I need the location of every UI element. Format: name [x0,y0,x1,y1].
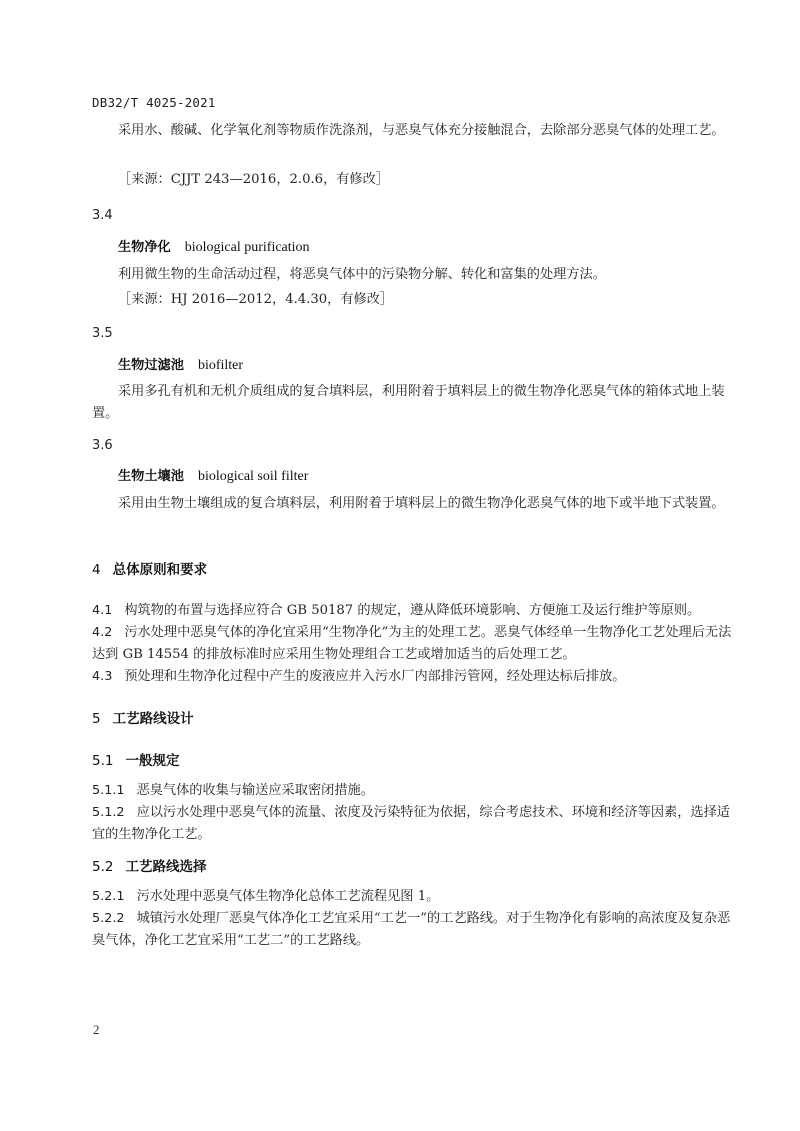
clause-number: 5.1.1 [92,783,125,798]
clause-number: 4.3 [92,669,112,684]
term-3-4: 生物净化biological purification [118,236,310,256]
clause-4-1: 4.1构筑物的布置与选择应符合 GB 50187 的规定，遵从降低环境影响、方便… [92,600,732,622]
term-zh: 生物净化 [118,240,171,255]
clause-text: 构筑物的布置与选择应符合 GB 50187 的规定，遵从降低环境影响、方便施工及… [124,603,700,618]
section-title: 总体原则和要求 [113,562,208,578]
section-number: 4 [92,562,101,578]
term-en: biological purification [185,240,310,255]
section-title: 工艺路线设计 [113,711,194,727]
clause-number: 5.2.2 [92,911,125,926]
clause-5-2-2: 5.2.2城镇污水处理厂恶臭气体净化工艺宜采用“工艺一”的工艺路线。对于生物净化… [92,908,732,952]
term-zh: 生物过滤池 [118,358,184,373]
document-page: DB32/T 4025-2021 采用水、酸碱、化学氧化剂等物质作洗涤剂，与恶臭… [0,0,800,1131]
term-3-6: 生物土壤池biological soil filter [118,465,308,485]
clause-number-3-4: 3.4 [92,208,113,223]
subsection-title: 一般规定 [125,753,179,769]
clause-number: 4.2 [92,625,112,640]
clause-number: 4.1 [92,603,112,618]
clause-text: 应以污水处理中恶臭气体的流量、浓度及污染特征为依据，综合考虑技术、环境和经济等因… [92,805,730,842]
clause-text: 污水处理中恶臭气体生物净化总体工艺流程见图 1。 [137,889,440,904]
document-code-header: DB32/T 4025-2021 [92,95,216,110]
clause-text: 预处理和生物净化过程中产生的废液应并入污水厂内部排污管网，经处理达标后排放。 [124,669,625,684]
term-en: biological soil filter [198,469,308,484]
page-number: 2 [93,1022,100,1038]
clause-5-2-1: 5.2.1污水处理中恶臭气体生物净化总体工艺流程见图 1。 [92,886,732,908]
clause-number-3-5: 3.5 [92,326,113,341]
clause-text: 恶臭气体的收集与输送应采取密闭措施。 [137,783,374,798]
section-number: 5 [92,711,101,727]
clause-number: 5.1.2 [92,805,125,820]
clause-4-2: 4.2污水处理中恶臭气体的净化宜采用“生物净化”为主的处理工艺。恶臭气体经单一生… [92,622,732,666]
subsection-title: 工艺路线选择 [125,859,206,875]
term-source-3-4: ［来源：HJ 2016—2012，4.4.30，有修改］ [118,288,393,307]
term-definition-3-5: 采用多孔有机和无机介质组成的复合填料层，利用附着于填料层上的微生物净化恶臭气体的… [92,381,732,425]
section-heading-5: 5工艺路线设计 [92,707,194,727]
clause-number-3-6: 3.6 [92,438,113,453]
term-en: biofilter [198,358,243,373]
clause-4-3: 4.3预处理和生物净化过程中产生的废液应并入污水厂内部排污管网，经处理达标后排放… [92,666,732,688]
intro-definition: 采用水、酸碱、化学氧化剂等物质作洗涤剂，与恶臭气体充分接触混合，去除部分恶臭气体… [92,120,732,142]
subsection-number: 5.1 [92,753,113,769]
clause-5-1-1: 5.1.1恶臭气体的收集与输送应采取密闭措施。 [92,780,732,802]
term-definition-3-6: 采用由生物土壤组成的复合填料层，利用附着于填料层上的微生物净化恶臭气体的地下或半… [92,493,732,515]
subsection-heading-5-1: 5.1一般规定 [92,749,179,769]
subsection-number: 5.2 [92,859,113,875]
intro-source: ［来源：CJJT 243—2016，2.0.6，有修改］ [118,168,389,187]
clause-text: 城镇污水处理厂恶臭气体净化工艺宜采用“工艺一”的工艺路线。对于生物净化有影响的高… [92,911,730,948]
clause-number: 5.2.1 [92,889,125,904]
clause-5-1-2: 5.1.2应以污水处理中恶臭气体的流量、浓度及污染特征为依据，综合考虑技术、环境… [92,802,732,846]
term-3-5: 生物过滤池biofilter [118,354,243,374]
section-heading-4: 4总体原则和要求 [92,558,207,578]
term-zh: 生物土壤池 [118,469,184,484]
term-definition-3-4: 利用微生物的生命活动过程，将恶臭气体中的污染物分解、转化和富集的处理方法。 [92,264,732,286]
subsection-heading-5-2: 5.2工艺路线选择 [92,855,206,875]
clause-text: 污水处理中恶臭气体的净化宜采用“生物净化”为主的处理工艺。恶臭气体经单一生物净化… [92,625,731,662]
